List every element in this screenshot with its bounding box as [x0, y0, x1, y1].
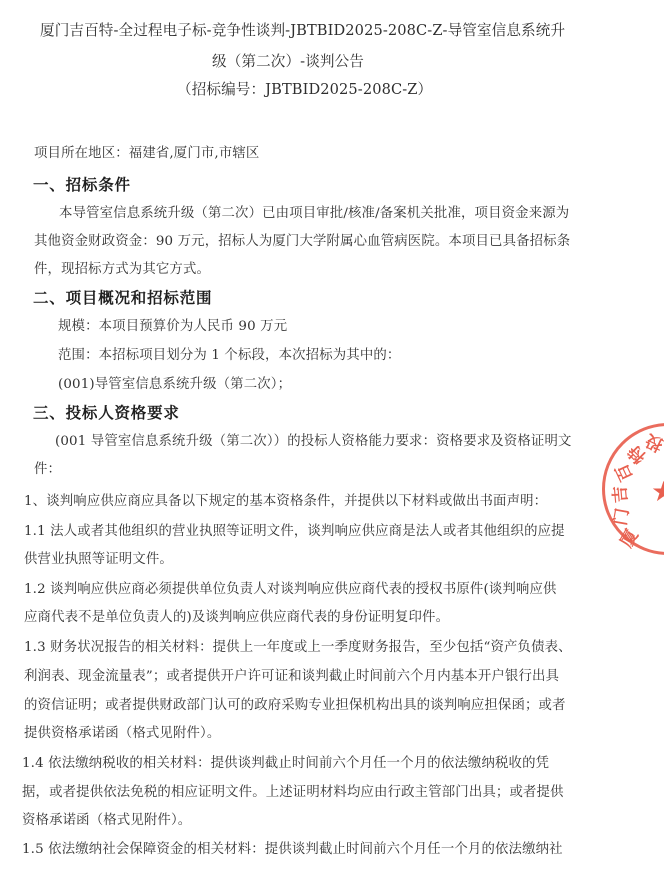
paragraph-line: 1.2 谈判响应供应商必须提供单位负责人对谈判响应供应商代表的授权书原件(谈判响…: [24, 581, 557, 599]
project-region: 项目所在地区：福建省,厦门市,市辖区: [34, 145, 259, 163]
paragraph-line: 资格承诺函（格式见附件）。: [22, 812, 191, 830]
document-title-line-2: 级（第二次）-谈判公告: [212, 53, 364, 71]
section-heading-project-overview: 二、项目概况和招标范围: [33, 289, 212, 307]
paragraph-line: 1.4 依法缴纳税收的相关材料：提供谈判截止时间前六个月任一个月的依法缴纳税收的…: [22, 755, 549, 773]
paragraph-line: 1.1 法人或者其他组织的营业执照等证明文件，谈判响应供应商是法人或者其他组织的…: [24, 523, 565, 541]
paragraph-line: 1.5 依法缴纳社会保障资金的相关材料：提供谈判截止时间前六个月任一个月的依法缴…: [22, 841, 563, 859]
paragraph-line: 其他资金财政资金：90 万元，招标人为厦门大学附属心血管病医院。本项目已具备招标…: [34, 233, 570, 251]
paragraph-line: 利润表、现金流量表”；或者提供开户许可证和谈判截止时间前六个月内基本开户银行出具: [24, 668, 559, 686]
paragraph-line: 据，或者提供依法免税的相应证明文件。上述证明材料均应由行政主管部门出具；或者提供: [22, 784, 564, 802]
paragraph-line: (001)导管室信息系统升级（第二次）；: [58, 376, 291, 394]
stamp-star-icon: ★: [651, 478, 664, 506]
paragraph-line: 应商代表不是单位负责人的)及谈判响应供应商代表的身份证明复印件。: [24, 609, 449, 627]
section-heading-tender-conditions: 一、招标条件: [33, 176, 131, 194]
paragraph-line: 件，现招标方式为其它方式。: [34, 261, 210, 279]
document-title-line-1: 厦门吉百特-全过程电子标-竞争性谈判-JBTBID2025-208C-Z-导管室…: [40, 22, 565, 40]
paragraph-line: 范围：本招标项目划分为 1 个标段，本次招标为其中的：: [58, 347, 400, 365]
paragraph-line: 1、谈判响应供应商应具备以下规定的基本资格条件，并提供以下材料或做出书面声明：: [24, 493, 547, 511]
stamp-char: 吉: [605, 485, 631, 504]
paragraph-line: (001 导管室信息系统升级（第二次））的投标人资格能力要求：资格要求及资格证明…: [55, 433, 572, 451]
paragraph-line: 提供资格承诺函（格式见附件）。: [24, 725, 220, 743]
paragraph-line: 本导管室信息系统升级（第二次）已由项目审批/核准/备案机关批准，项目资金来源为: [59, 205, 569, 223]
paragraph-line: 件：: [34, 461, 61, 479]
document-page: 厦门吉百特-全过程电子标-竞争性谈判-JBTBID2025-208C-Z-导管室…: [0, 0, 664, 881]
paragraph-line: 1.3 财务状况报告的相关材料：提供上一年度或上一季度财务报告，至少包括“资产负…: [24, 639, 572, 657]
paragraph-line: 供营业执照等证明文件。: [24, 551, 173, 569]
paragraph-line: 规模：本项目预算价为人民币 90 万元: [58, 318, 287, 336]
section-heading-bidder-qualifications: 三、投标人资格要求: [33, 404, 180, 422]
tender-number: （招标编号：JBTBID2025-208C-Z）: [177, 81, 432, 99]
paragraph-line: 的资信证明；或者提供财政部门认可的政府采购专业担保机构出具的谈判响应担保函；或者: [24, 697, 566, 715]
stamp-char: 门: [606, 506, 634, 527]
